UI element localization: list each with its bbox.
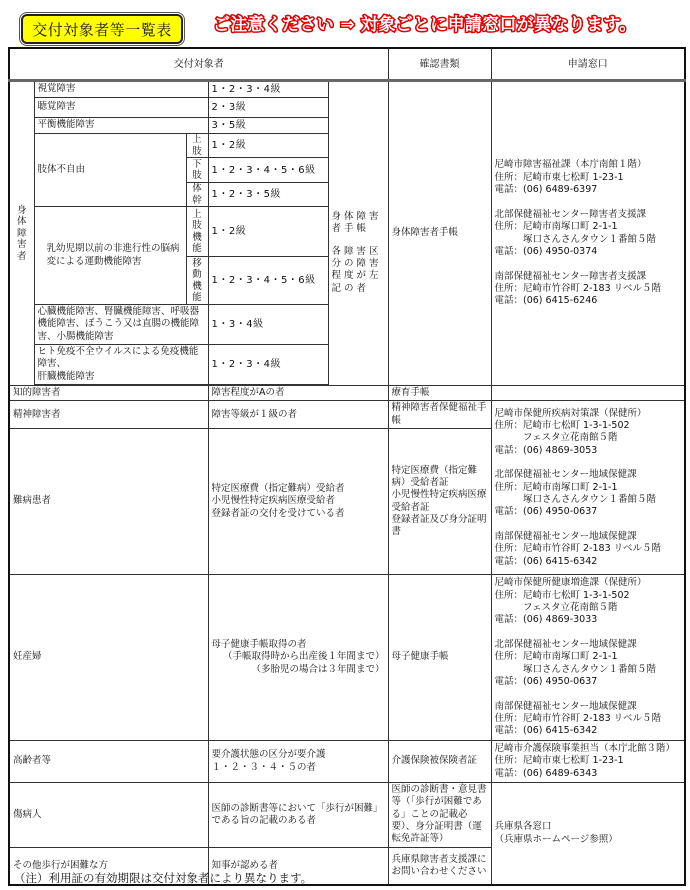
column-header-office: 申請窓口 [491, 48, 685, 81]
document-intractable-disease: 特定医療費（指定難病）受給者証 小児慢性特定疾病医療受給者証 登録者証及び身分証… [388, 429, 491, 575]
part-mobility-function: 移 動 機 能 [186, 257, 208, 305]
table-row: 身 体 障 害 者 視覚障害 1・2・3・4級 身体障害者手帳 各障害区分の障害… [9, 81, 685, 98]
condition-pregnant: 母子健康手帳取得の者 （手帳取得時から出産後１年間まで） （多胎児の場合は３年間… [208, 575, 388, 741]
category-visual: 視覚障害 [34, 81, 208, 98]
target-pregnant: 妊産婦 [9, 575, 208, 741]
table-header-row: 交付対象者 確認書類 申請窓口 [9, 48, 685, 81]
condition-elderly: 要介護状態の区分が要介護 １・２・３・４・５の者 [208, 741, 388, 783]
office-elderly: 尼崎市介護保険事業担当（本庁北館３階） 住所：尼崎市東七松町 1-23-1 電話… [491, 741, 685, 783]
condition-intellectual: 障害程度がAの者 [208, 386, 388, 401]
grade-upper-limb-function: 1・2級 [208, 207, 328, 257]
office-hyogo: 兵庫県各窓口 （兵庫県ホームページ参照） [491, 783, 685, 886]
document-injured: 医師の診断書・意見書等（「歩行が困難である」ことの記載必要）、身分証明書（運転免… [388, 783, 491, 848]
condition-intractable-disease: 特定医療費（指定難病）受給者 小児慢性特定疾病医療受給者 登録者証の交付を受けて… [208, 429, 388, 575]
category-immune-liver: ヒト免疫不全ウイルスによる免疫機能障害、 肝臓機能障害 [34, 345, 208, 385]
table-row: 妊産婦 母子健康手帳取得の者 （手帳取得時から出産後１年間まで） （多胎児の場合… [9, 575, 685, 741]
condition-mental: 障害等級が１級の者 [208, 401, 388, 429]
grade-internal: 1・3・4級 [208, 305, 328, 345]
notice-banner: ご注意ください ⇒ 対象ごとに申請窓口が異なります。 [213, 10, 637, 35]
category-hearing: 聴覚障害 [34, 98, 208, 118]
document-intellectual: 療育手帳 [388, 386, 491, 401]
criteria-physical: 身体障害者手帳 各障害区分の障害程度が左記の者 [328, 81, 388, 386]
office-physical: 尼崎市障害福祉課（本庁南館１階） 住所：尼崎市東七松町 1-23-1 電話：(0… [491, 81, 685, 386]
grade-trunk: 1・2・3・5級 [208, 183, 328, 207]
document-physical: 身体障害者手帳 [388, 81, 491, 386]
target-intractable-disease: 難病患者 [9, 429, 208, 575]
table-row: 精神障害者 障害等級が１級の者 精神障害者保健福祉手帳 尼崎市保健所疾病対策課（… [9, 401, 685, 429]
table-row: 傷病人 医師の診断書等において「歩行が困難」である旨の記載のある者 医師の診断書… [9, 783, 685, 848]
grade-hearing: 2・3級 [208, 98, 328, 118]
target-intellectual: 知的障害者 [9, 386, 208, 401]
grade-visual: 1・2・3・4級 [208, 81, 328, 98]
grade-immune-liver: 1・2・3・4級 [208, 345, 328, 385]
condition-injured: 医師の診断書等において「歩行が困難」である旨の記載のある者 [208, 783, 388, 848]
column-header-target: 交付対象者 [9, 48, 388, 81]
part-upper-limb-function: 上 肢 機 能 [186, 207, 208, 257]
part-trunk: 体 幹 [186, 183, 208, 207]
column-header-document: 確認書類 [388, 48, 491, 81]
target-injured: 傷病人 [9, 783, 208, 848]
category-cerebral: 乳幼児期以前の非進行性の脳病変による運動機能障害 [34, 207, 186, 305]
part-lower-limb: 下 肢 [186, 158, 208, 183]
target-elderly: 高齢者等 [9, 741, 208, 783]
category-limb: 肢体不自由 [34, 134, 186, 207]
office-health-center: 尼崎市保健所疾病対策課（保健所） 住所：尼崎市七松町 1-3-1-502 フェス… [491, 401, 685, 575]
grade-mobility-function: 1・2・3・4・5・6級 [208, 257, 328, 305]
grade-lower-limb: 1・2・3・4・5・6級 [208, 158, 328, 183]
footnote: （注）利用証の有効期限は交付対象者により異なります。 [14, 870, 312, 886]
group-label-physical: 身 体 障 害 者 [9, 81, 34, 386]
page-title: 交付対象者等一覧表 [21, 14, 183, 44]
document-other: 兵庫県障害者支援課にお問い合わせください [388, 847, 491, 885]
category-balance: 平衡機能障害 [34, 118, 208, 134]
document-pregnant: 母子健康手帳 [388, 575, 491, 741]
document-elderly: 介護保険被保険者証 [388, 741, 491, 783]
grade-balance: 3・5級 [208, 118, 328, 134]
target-mental: 精神障害者 [9, 401, 208, 429]
table-row: 高齢者等 要介護状態の区分が要介護 １・２・３・４・５の者 介護保険被保険者証 … [9, 741, 685, 783]
document-mental: 精神障害者保健福祉手帳 [388, 401, 491, 429]
grade-upper-limb: 1・2級 [208, 134, 328, 158]
table-row: 知的障害者 障害程度がAの者 療育手帳 [9, 386, 685, 401]
part-upper-limb: 上 肢 [186, 134, 208, 158]
office-pregnant: 尼崎市保健所健康増進課（保健所） 住所：尼崎市七松町 1-3-1-502 フェス… [491, 575, 685, 741]
eligibility-table: 交付対象者 確認書類 申請窓口 身 体 障 害 者 視覚障害 1・2・3・4級 … [8, 47, 686, 886]
category-internal: 心臓機能障害、腎臓機能障害、呼吸器機能障害、ぼうこう又は直腸の機能障害、小腸機能… [34, 305, 208, 345]
